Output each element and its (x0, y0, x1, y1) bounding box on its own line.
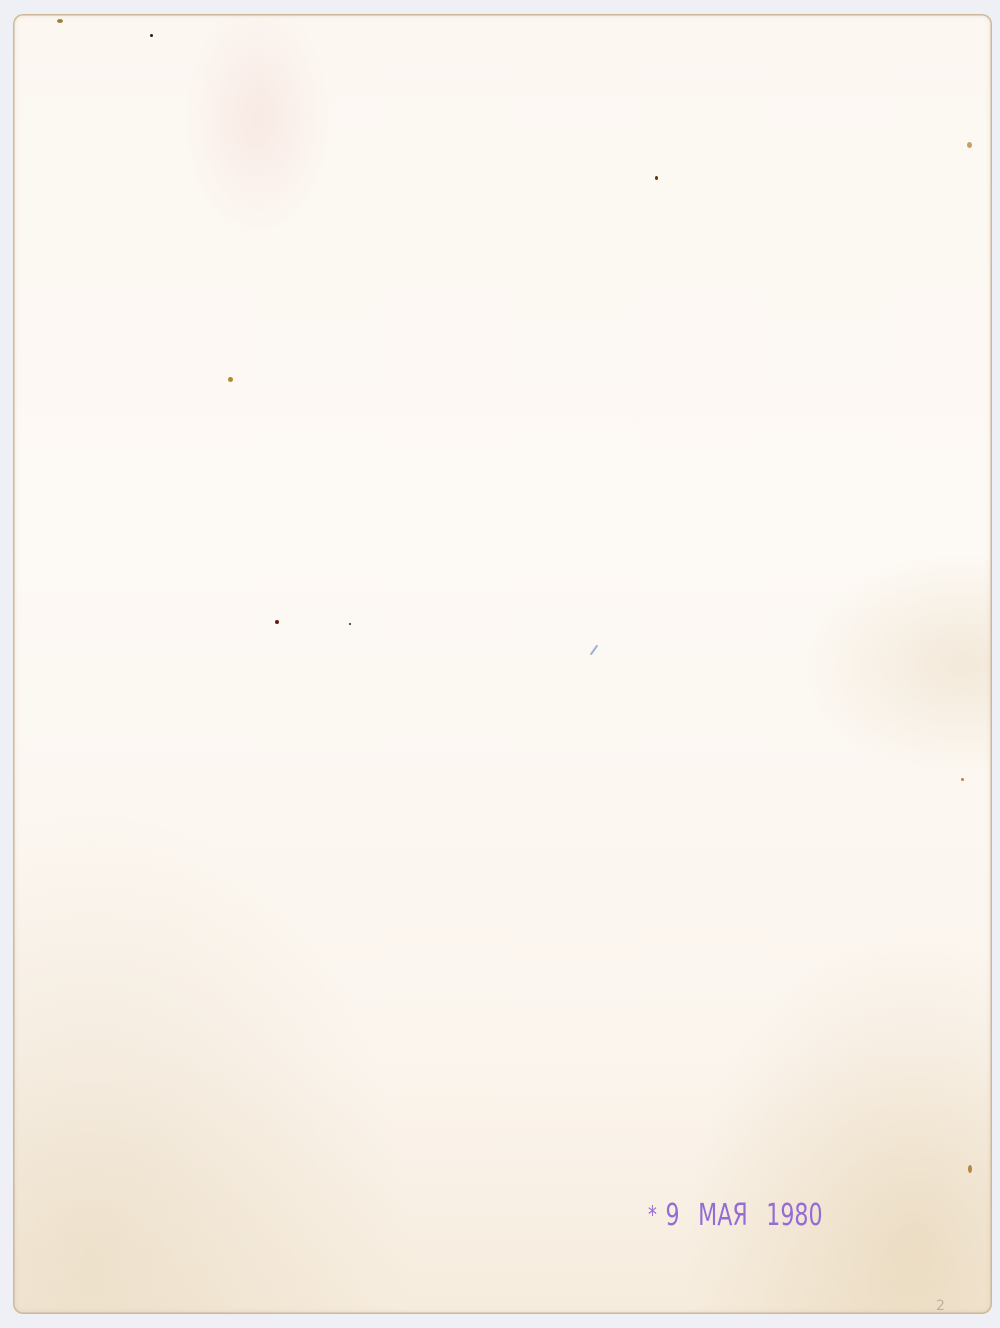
stamp-month: МАЯ (698, 1198, 748, 1233)
stamp-star-icon: * (648, 1201, 657, 1229)
foxing-spot (961, 778, 964, 781)
stamp-day: 9 (666, 1198, 680, 1233)
photo-card-back: 2 (13, 14, 992, 1314)
foxing-spot (967, 142, 972, 148)
date-stamp: * 9 МАЯ 1980 (648, 1198, 834, 1233)
foxing-spot (150, 34, 153, 37)
foxing-spot (275, 620, 279, 624)
stamp-year: 1980 (766, 1198, 822, 1233)
foxing-spot (590, 645, 599, 656)
foxing-spot (968, 1165, 972, 1173)
pencil-note: 2 (936, 1298, 945, 1314)
foxing-spot (57, 19, 63, 23)
foxing-spot (228, 377, 233, 382)
foxing-spot (655, 176, 658, 180)
foxing-spot (349, 623, 351, 625)
